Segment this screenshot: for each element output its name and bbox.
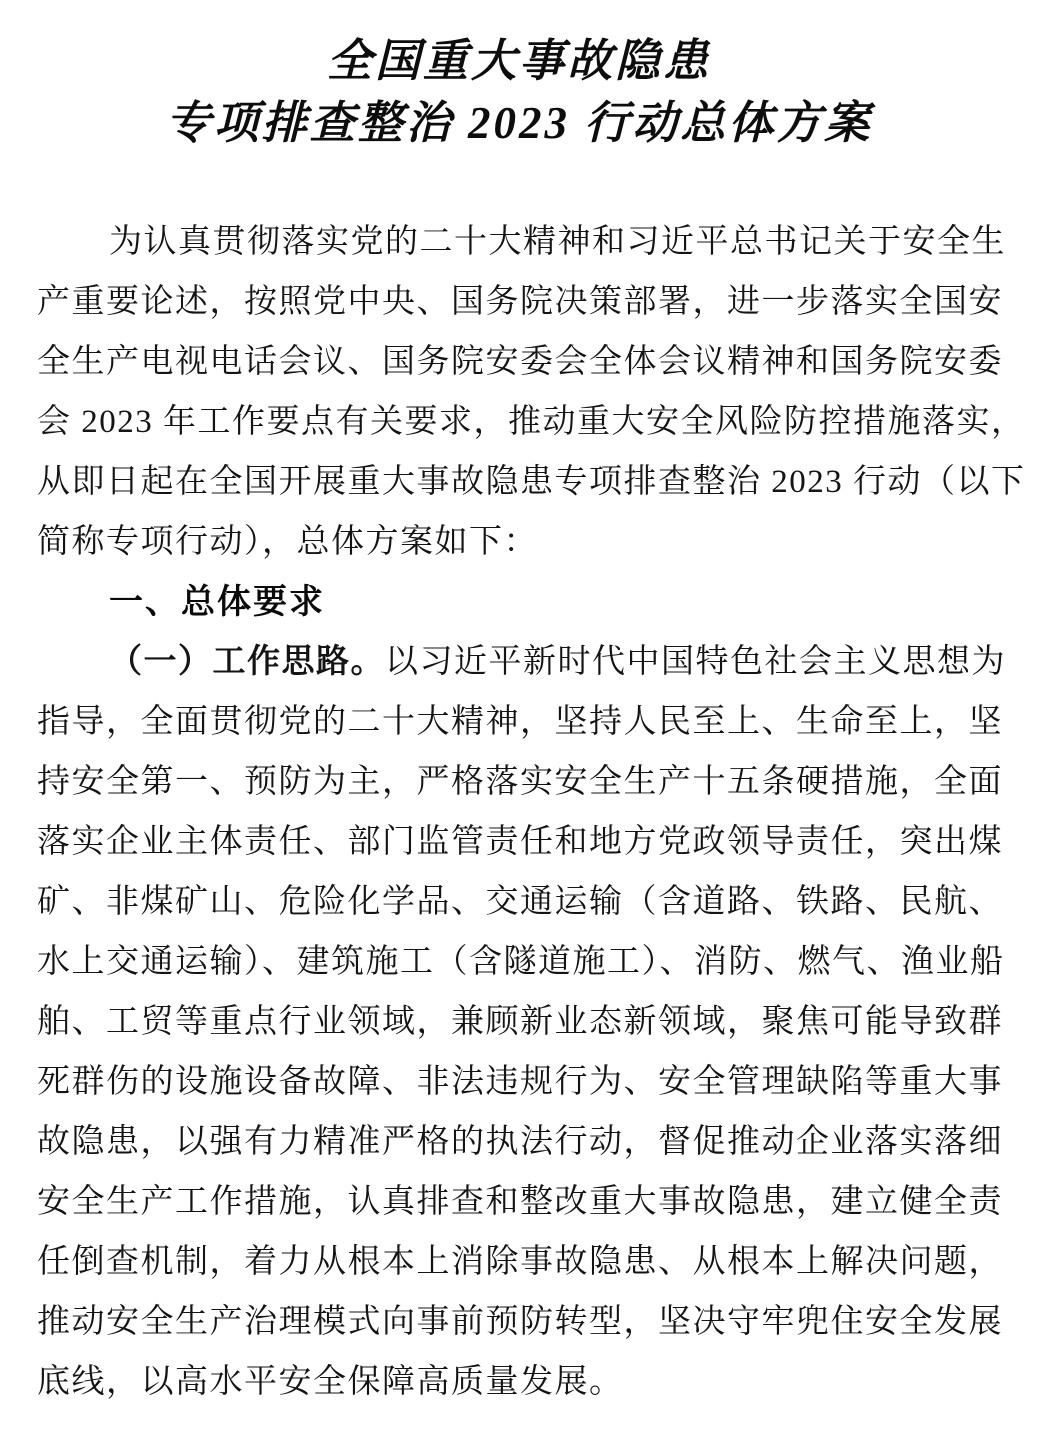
document-title-line-1: 全国重大事故隐患 [37,30,1001,92]
body-line: 简称专项行动），总体方案如下： [37,512,1001,572]
body-line: 安全生产工作措施，认真排查和整改重大事故隐患，建立健全责 [37,1172,1001,1232]
body-line: 舶、工贸等重点行业领域，兼顾新业态新领域，聚焦可能导致群 [37,992,1001,1052]
body-line: 矿、非煤矿山、危险化学品、交通运输（含道路、铁路、民航、 [37,872,1001,932]
document-title-line-2: 专项排查整治 2023 行动总体方案 [37,92,1001,154]
document-page: 全国重大事故隐患 专项排查整治 2023 行动总体方案 为认真贯彻落实党的二十大… [0,0,1038,1436]
body-line: 死群伤的设施设备故障、非法违规行为、安全管理缺陷等重大事 [37,1052,1001,1112]
body-line: （一）工作思路。以习近平新时代中国特色社会主义思想为 [37,632,1001,692]
body-line: 从即日起在全国开展重大事故隐患专项排查整治 2023 行动（以下 [37,452,1001,512]
body-line: 会 2023 年工作要点有关要求，推动重大安全风险防控措施落实， [37,392,1001,452]
body-line: 故隐患，以强有力精准严格的执法行动，督促推动企业落实落细 [37,1112,1001,1172]
body-line: 持安全第一、预防为主，严格落实安全生产十五条硬措施，全面 [37,752,1001,812]
body-line: 推动安全生产治理模式向事前预防转型，坚决守牢兜住安全发展 [37,1292,1001,1352]
paragraph-label: （一）工作思路。 [109,644,385,680]
section-heading: 一、总体要求 [37,572,1001,632]
body-line: 落实企业主体责任、部门监管责任和地方党政领导责任，突出煤 [37,812,1001,872]
document-title: 全国重大事故隐患 专项排查整治 2023 行动总体方案 [37,30,1001,154]
body-line: 底线，以高水平安全保障高质量发展。 [37,1352,1001,1412]
body-line: 指导，全面贯彻党的二十大精神，坚持人民至上、生命至上，坚 [37,692,1001,752]
document-body: 为认真贯彻落实党的二十大精神和习近平总书记关于安全生 产重要论述，按照党中央、国… [37,212,1001,1412]
body-line: 为认真贯彻落实党的二十大精神和习近平总书记关于安全生 [37,212,1001,272]
body-line: 全生产电视电话会议、国务院安委会全体会议精神和国务院安委 [37,332,1001,392]
body-line: 水上交通运输）、建筑施工（含隧道施工）、消防、燃气、渔业船 [37,932,1001,992]
paragraph-text: 以习近平新时代中国特色社会主义思想为 [385,644,1006,680]
body-line: 产重要论述，按照党中央、国务院决策部署，进一步落实全国安 [37,272,1001,332]
body-line: 任倒查机制，着力从根本上消除事故隐患、从根本上解决问题， [37,1232,1001,1292]
